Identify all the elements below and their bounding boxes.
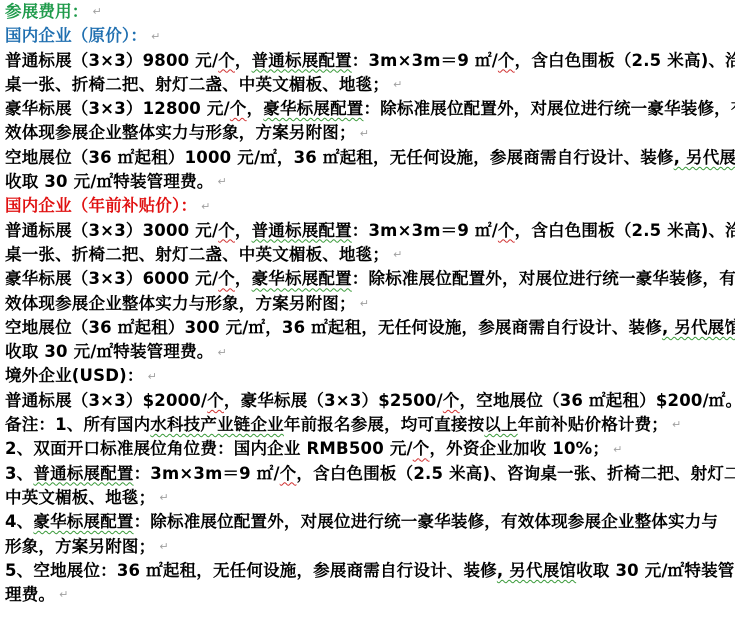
paragraph-mark-icon: ↵: [217, 346, 226, 359]
note-5-line-1: 5、空地展位：36 ㎡起租，无任何设施，参展商需自行设计、装修, 另代展馆收取 …: [5, 559, 733, 583]
paragraph-mark-icon: ↵: [93, 5, 102, 18]
subsidy-luxury-line-2: 效体现参展企业整体实力与形象，方案另附图；↵: [5, 292, 733, 316]
spellcheck-text: 个: [280, 464, 297, 483]
text: 收取 30 元/㎡特装管理费。: [5, 342, 213, 361]
note-1: 备注：1、所有国内水科技产业链企业年前报名参展，均可直接按以上年前补贴价格计费；…: [5, 413, 733, 437]
text: 5、空地展位：36 ㎡起租，无任何设施，参展商需自行设计、装修: [5, 561, 497, 580]
overseas-prices-line: 普通标展（3×3）$2000/个，豪华标展（3×3）$2500/个，空地展位（3…: [5, 389, 733, 413]
spellcheck-text: 个: [218, 221, 235, 240]
paragraph-mark-icon: ↵: [159, 540, 168, 553]
paragraph-mark-icon: ↵: [672, 418, 681, 431]
original-space-line-2: 收取 30 元/㎡特装管理费。↵: [5, 170, 733, 194]
text: ，外资企业加收 10%；: [429, 439, 609, 458]
paragraph-mark-icon: ↵: [393, 248, 402, 261]
note-5-line-2: 理费。↵: [5, 583, 733, 607]
text: ：除标准展位配置外，对展位进行统一豪华装修，有: [352, 269, 735, 288]
text: 效体现参展企业整体实力与形象，方案另附图；: [5, 294, 356, 313]
note-3-line-1: 3、普通标展配置：3m×3m＝9 ㎡/个，含白色围板（2.5 米高)、咨询桌一张…: [5, 462, 733, 486]
text: 空地展位（36 ㎡起租）1000 元/㎡，36 ㎡起租，无任何设施，参展商需自行…: [5, 148, 674, 167]
subsidy-luxury-line-1: 豪华标展（3×3）6000 元/个，豪华标展配置：除标准展位配置外，对展位进行统…: [5, 267, 733, 291]
heading-domestic-original: 国内企业（原价）：↵: [5, 24, 733, 48]
subsidy-space-line-1: 空地展位（36 ㎡起租）300 元/㎡，36 ㎡起租，无任何设施，参展商需自行设…: [5, 316, 733, 340]
text: ：除标准展位配置外，对展位进行统一豪华装修，有效体现参展企业整体实力与: [134, 512, 719, 531]
heading-text: 国内企业（年前补贴价）：: [5, 196, 197, 215]
text: 理费。: [5, 585, 55, 604]
note-4-line-2: 形象，方案另附图；↵: [5, 535, 733, 559]
spellcheck-text: 个: [498, 51, 515, 70]
text: 豪华标展（3×3）6000 元/: [5, 269, 218, 288]
spellcheck-text: 个: [218, 51, 235, 70]
grammar-text: 豪华标展配置: [33, 512, 133, 531]
spellcheck-text: 个: [413, 439, 430, 458]
spellcheck-text: 个: [443, 391, 460, 410]
text: ：3m×3m＝9 ㎡/: [134, 464, 280, 483]
original-luxury-line-1: 豪华标展（3×3）12800 元/个，豪华标展配置：除标准展位配置外，对展位进行…: [5, 97, 733, 121]
original-standard-line-1: 普通标展（3×3）9800 元/个，普通标展配置：3m×3m＝9 ㎡/个，含白色…: [5, 49, 733, 73]
text: 3、: [5, 464, 33, 483]
text: 桌一张、折椅二把、射灯二盏、中英文楣板、地毯；: [5, 245, 389, 264]
grammar-text: 豪华标展配置: [263, 99, 363, 118]
text: 备注：1、所有国内: [5, 415, 150, 434]
grammar-text: , 另代展馆: [662, 318, 735, 337]
text: 桌一张、折椅二把、射灯二盏、中英文楣板、地毯；: [5, 75, 389, 94]
grammar-text: , 另代展馆: [497, 561, 576, 580]
text: 2、双面开口标准展位角位费：国内企业 RMB500 元/: [5, 439, 413, 458]
spellcheck-text: 个: [207, 391, 224, 410]
document-body[interactable]: 参展费用：↵ 国内企业（原价）：↵ 普通标展（3×3）9800 元/个，普通标展…: [5, 0, 733, 607]
text: ，: [235, 221, 252, 240]
text: ，空地展位（36 ㎡起租）$200/㎡。: [460, 391, 735, 410]
heading-overseas: 境外企业(USD)：↵: [5, 364, 733, 388]
text: ，含白色围板（2.5 米高)、咨询桌一张、折椅二把、射灯二盏、: [296, 464, 735, 483]
note-4-line-1: 4、豪华标展配置：除标准展位配置外，对展位进行统一豪华装修，有效体现参展企业整体…: [5, 510, 733, 534]
subsidy-standard-line-2: 桌一张、折椅二把、射灯二盏、中英文楣板、地毯；↵: [5, 243, 733, 267]
grammar-text: 普通标展配置: [252, 221, 352, 240]
grammar-text: , 另代展馆: [674, 148, 735, 167]
paragraph-mark-icon: ↵: [613, 443, 622, 456]
text: ，: [235, 51, 252, 70]
text: 普通标展（3×3）$2000/: [5, 391, 207, 410]
paragraph-mark-icon: ↵: [148, 370, 157, 383]
paragraph-mark-icon: ↵: [360, 127, 369, 140]
note-2: 2、双面开口标准展位角位费：国内企业 RMB500 元/个，外资企业加收 10%…: [5, 437, 733, 461]
paragraph-mark-icon: ↵: [151, 30, 160, 43]
note-3-line-2: 中英文楣板、地毯；↵: [5, 486, 733, 510]
text: 收取 30 元/㎡特装管理费。: [5, 172, 213, 191]
paragraph-mark-icon: ↵: [59, 588, 68, 601]
text: 普通标展（3×3）3000 元/: [5, 221, 218, 240]
paragraph-mark-icon: ↵: [217, 175, 226, 188]
original-standard-line-2: 桌一张、折椅二把、射灯二盏、中英文楣板、地毯；↵: [5, 73, 733, 97]
subsidy-standard-line-1: 普通标展（3×3）3000 元/个，普通标展配置：3m×3m＝9 ㎡/个，含白色…: [5, 219, 733, 243]
paragraph-mark-icon: ↵: [159, 491, 168, 504]
grammar-text: 普通标展配置: [33, 464, 133, 483]
text: 年前补贴价格计费；: [518, 415, 668, 434]
heading-text: 国内企业（原价）：: [5, 26, 147, 45]
spellcheck-text: 个: [498, 221, 515, 240]
paragraph-mark-icon: ↵: [201, 200, 210, 213]
text: ，含白色围板（2.5 米高)、洽谈: [515, 51, 735, 70]
text: 形象，方案另附图；: [5, 537, 155, 556]
grammar-text: 以上: [484, 415, 517, 434]
original-luxury-line-2: 效体现参展企业整体实力与形象，方案另附图；↵: [5, 121, 733, 145]
heading-text: 境外企业(USD)：: [5, 366, 144, 385]
text: 中英文楣板、地毯；: [5, 488, 155, 507]
grammar-text: 水科技产业链企业: [150, 415, 284, 434]
text: 豪华标展（3×3）12800 元/: [5, 99, 230, 118]
text: 普通标展（3×3）9800 元/: [5, 51, 218, 70]
text: ，: [247, 99, 264, 118]
text: ，: [235, 269, 252, 288]
grammar-text: 普通标展配置: [252, 51, 352, 70]
text: ：3m×3m＝9 ㎡/: [352, 221, 498, 240]
paragraph-mark-icon: ↵: [393, 78, 402, 91]
grammar-text: 豪华标展配置: [252, 269, 352, 288]
text: ，含白色围板（2.5 米高)、洽谈: [515, 221, 735, 240]
text: 年前报名参展，均可直接按: [284, 415, 484, 434]
text: 效体现参展企业整体实力与形象，方案另附图；: [5, 123, 356, 142]
heading-exhibition-fees: 参展费用：↵: [5, 0, 733, 24]
text: ：3m×3m＝9 ㎡/: [352, 51, 498, 70]
text: 收取 30 元/㎡特装管: [576, 561, 734, 580]
original-space-line-1: 空地展位（36 ㎡起租）1000 元/㎡，36 ㎡起租，无任何设施，参展商需自行…: [5, 146, 733, 170]
text: 空地展位（36 ㎡起租）300 元/㎡，36 ㎡起租，无任何设施，参展商需自行设…: [5, 318, 662, 337]
spellcheck-text: 个: [230, 99, 247, 118]
heading-domestic-subsidy: 国内企业（年前补贴价）：↵: [5, 194, 733, 218]
text: 4、: [5, 512, 33, 531]
paragraph-mark-icon: ↵: [360, 297, 369, 310]
subsidy-space-line-2: 收取 30 元/㎡特装管理费。↵: [5, 340, 733, 364]
spellcheck-text: 个: [218, 269, 235, 288]
text: ：除标准展位配置外，对展位进行统一豪华装修，有: [363, 99, 735, 118]
heading-text: 参展费用：: [5, 2, 89, 21]
text: ，豪华标展（3×3）$2500/: [224, 391, 443, 410]
